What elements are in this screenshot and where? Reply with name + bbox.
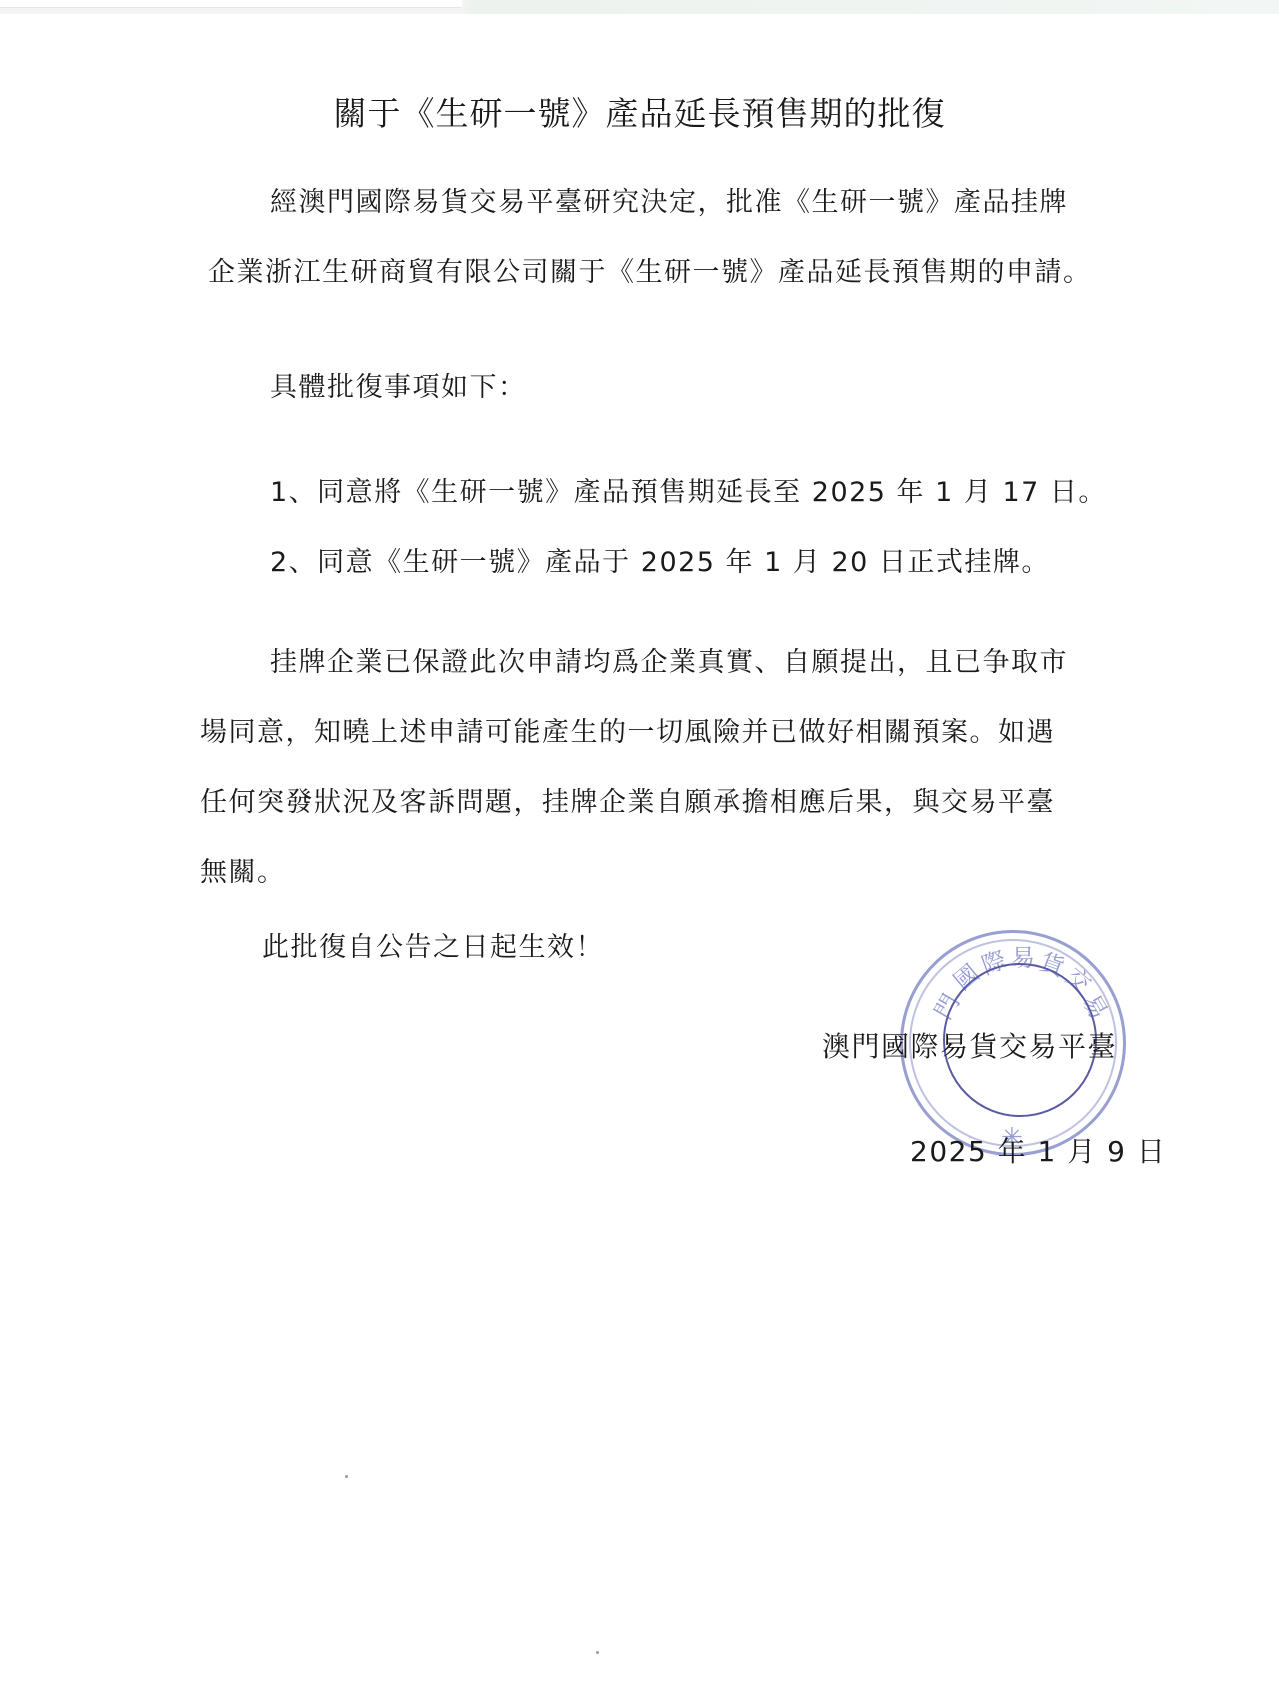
- approval-item-2: 2、同意《生研一號》產品于 2025 年 1 月 20 日正式挂牌。: [270, 540, 1050, 579]
- scan-edge: [0, 0, 1279, 14]
- effective-statement: 此批復自公告之日起生效！: [262, 925, 604, 964]
- statement-line-3: 任何突發狀況及客訴問題，挂牌企業自願承擔相應后果，與交易平臺: [200, 780, 1055, 819]
- document-title: 關于《生研一號》產品延長預售期的批復: [0, 88, 1279, 135]
- scan-speck: [345, 1475, 348, 1478]
- statement-line-1: 挂牌企業已保證此次申請均爲企業真實、自願提出，且已争取市: [270, 640, 1068, 679]
- intro-line-1: 經澳門國際易貨交易平臺研究決定，批准《生研一號》產品挂牌: [270, 180, 1068, 219]
- scan-edge-tab: [0, 0, 462, 8]
- approval-item-1: 1、同意將《生研一號》產品預售期延長至 2025 年 1 月 17 日。: [270, 470, 1107, 509]
- seal-ring-char: 易: [1011, 938, 1035, 973]
- items-heading: 具體批復事項如下：: [270, 365, 527, 404]
- statement-line-4: 無關。: [200, 850, 286, 889]
- scan-speck: [596, 1651, 599, 1654]
- statement-line-2: 場同意，知曉上述申請可能產生的一切風險并已做好相關預案。如遇: [200, 710, 1055, 749]
- issue-date: 2025 年 1 月 9 日: [910, 1130, 1166, 1170]
- intro-line-2: 企業浙江生研商貿有限公司關于《生研一號》產品延長預售期的申請。: [208, 250, 1092, 289]
- issuer-name: 澳門國際易貨交易平臺: [822, 1025, 1117, 1065]
